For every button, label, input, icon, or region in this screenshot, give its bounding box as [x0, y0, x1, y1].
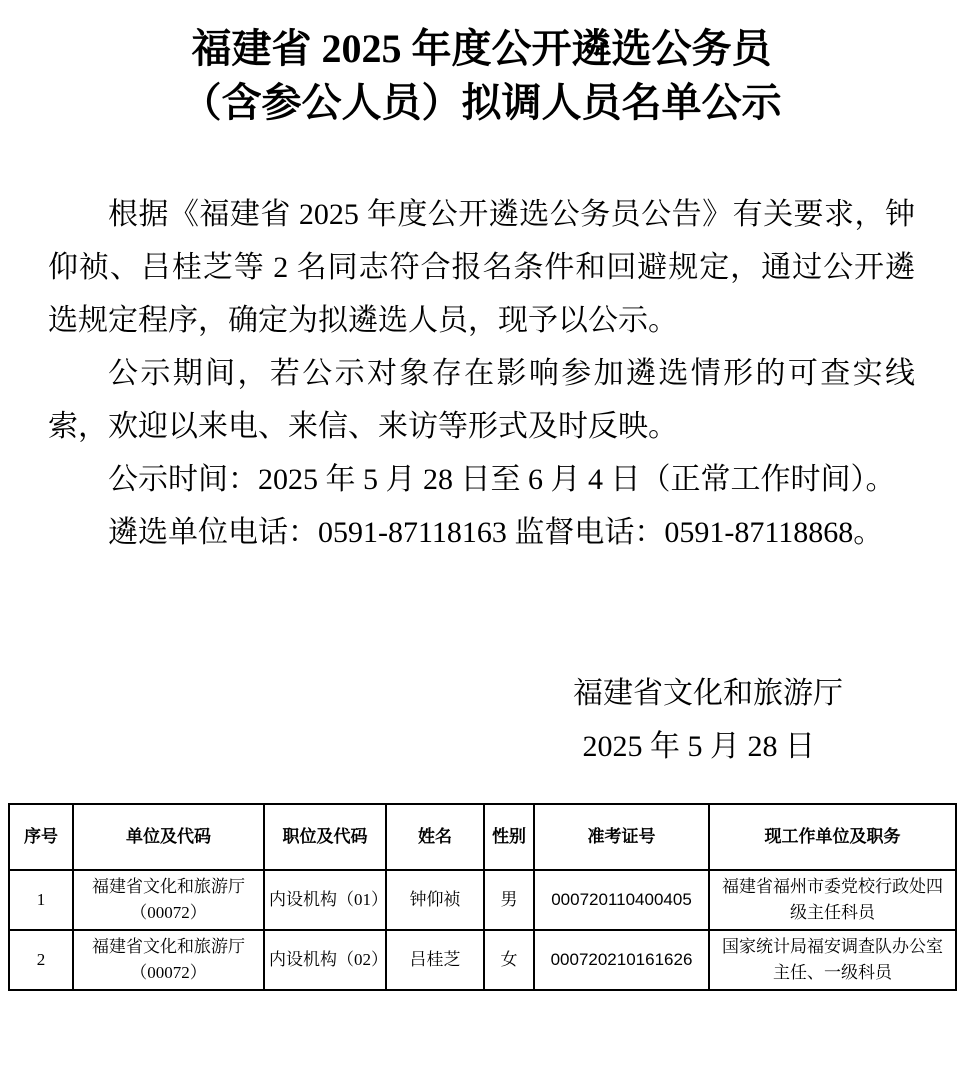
cell-serial-number: 1 [9, 870, 73, 930]
paragraph-selection-basis: 根据《福建省 2025 年度公开遴选公务员公告》有关要求，钟仰祯、吕桂芝等 2 … [48, 188, 915, 347]
document-page: 福建省 2025 年度公开遴选公务员 （含参公人员）拟调人员名单公示 根据《福建… [0, 0, 963, 1088]
table-header-row: 序号 单位及代码 职位及代码 姓名 性别 准考证号 现工作单位及职务 [9, 804, 956, 870]
cell-position-and-code: 内设机构（02） [264, 930, 386, 990]
page-title: 福建省 2025 年度公开遴选公务员 （含参公人员）拟调人员名单公示 [0, 22, 963, 130]
header-serial-number: 序号 [9, 804, 73, 870]
title-line-1: 福建省 2025 年度公开遴选公务员 [0, 22, 963, 76]
header-name: 姓名 [386, 804, 484, 870]
header-unit-and-code: 单位及代码 [73, 804, 264, 870]
cell-current-job: 国家统计局福安调查队办公室主任、一级科员 [709, 930, 956, 990]
table-row-1: 1 福建省文化和旅游厅（00072） 内设机构（01） 钟仰祯 男 000720… [9, 870, 956, 930]
cell-gender: 男 [484, 870, 534, 930]
title-line-2: （含参公人员）拟调人员名单公示 [0, 76, 963, 130]
cell-position-and-code: 内设机构（01） [264, 870, 386, 930]
cell-name: 吕桂芝 [386, 930, 484, 990]
signature-block: 福建省文化和旅游厅 2025 年 5 月 28 日 [0, 667, 963, 773]
cell-exam-number: 000720210161626 [534, 930, 709, 990]
candidate-roster-table: 序号 单位及代码 职位及代码 姓名 性别 准考证号 现工作单位及职务 1 福建省… [8, 803, 957, 991]
signature-date: 2025 年 5 月 28 日 [0, 720, 843, 773]
table-row-2: 2 福建省文化和旅游厅（00072） 内设机构（02） 吕桂芝 女 000720… [9, 930, 956, 990]
header-position-and-code: 职位及代码 [264, 804, 386, 870]
cell-current-job: 福建省福州市委党校行政处四级主任科员 [709, 870, 956, 930]
cell-gender: 女 [484, 930, 534, 990]
header-exam-number: 准考证号 [534, 804, 709, 870]
cell-exam-number: 000720110400405 [534, 870, 709, 930]
cell-serial-number: 2 [9, 930, 73, 990]
cell-unit-and-code: 福建省文化和旅游厅（00072） [73, 870, 264, 930]
document-body: 根据《福建省 2025 年度公开遴选公务员公告》有关要求，钟仰祯、吕桂芝等 2 … [0, 188, 963, 559]
cell-name: 钟仰祯 [386, 870, 484, 930]
cell-unit-and-code: 福建省文化和旅游厅（00072） [73, 930, 264, 990]
signature-org: 福建省文化和旅游厅 [0, 667, 843, 720]
paragraph-publicity-period: 公示时间：2025 年 5 月 28 日至 6 月 4 日（正常工作时间）。 [48, 453, 915, 506]
paragraph-contact-phones: 遴选单位电话：0591-87118163 监督电话：0591-87118868。 [48, 506, 915, 559]
header-gender: 性别 [484, 804, 534, 870]
paragraph-feedback-notice: 公示期间，若公示对象存在影响参加遴选情形的可查实线索，欢迎以来电、来信、来访等形… [48, 347, 915, 453]
header-current-job: 现工作单位及职务 [709, 804, 956, 870]
